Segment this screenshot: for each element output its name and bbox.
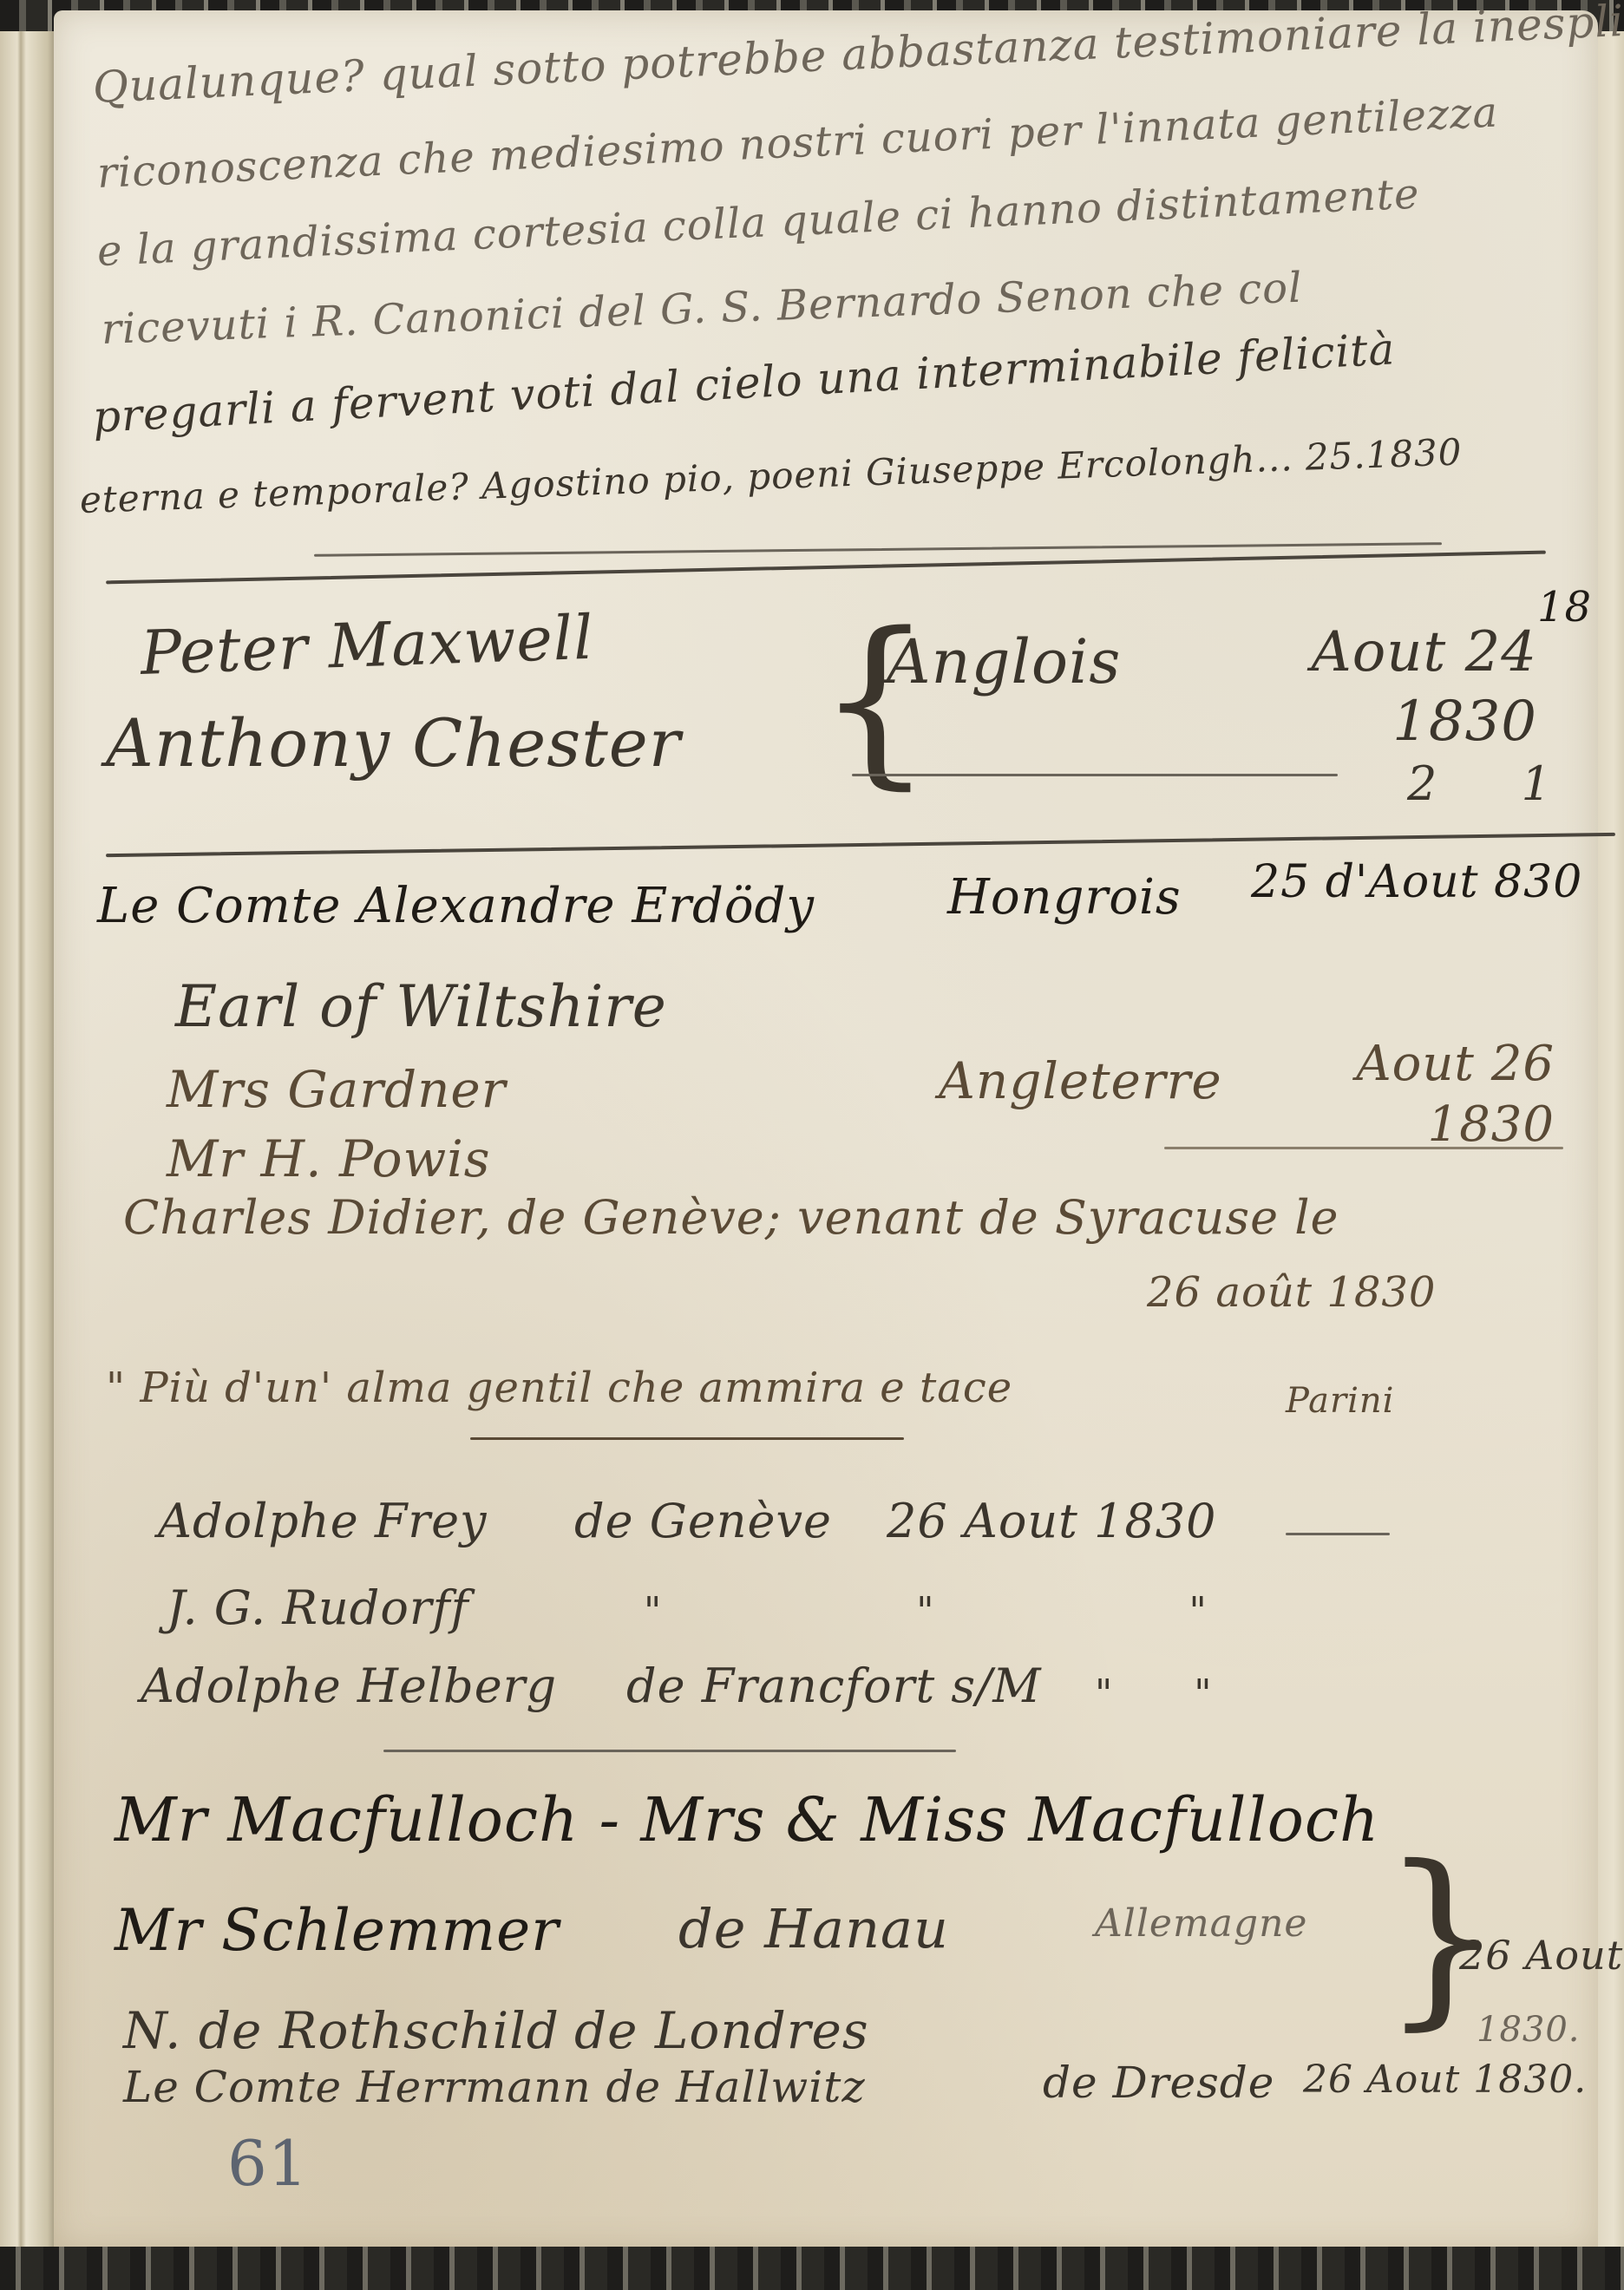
entry-date-hallwitz: 26 Aout 1830. [1303, 2058, 1587, 2102]
italian-line-6: eterna e temporale? Agostino pio, poeni … [79, 430, 1463, 521]
entry-date-aout-26: Aout 26 1830 [1294, 1034, 1555, 1155]
divider [106, 833, 1615, 857]
manuscript-page: Qualunque? qual sotto potrebbe abbastanz… [54, 10, 1598, 2253]
entry-name-erdody: Le Comte Alexandre Erdödy [97, 878, 815, 934]
entry-name-earl-wiltshire: Earl of Wiltshire [175, 973, 667, 1040]
quote-parini: " Più d'un' alma gentil che ammira e tac… [106, 1364, 1012, 1412]
entry-ditto: " " [1095, 1672, 1246, 1716]
entry-origin-hanau: de Hanau [678, 1897, 949, 1960]
page-number: 61 [227, 2127, 309, 2200]
entry-name-adolphe-helberg: Adolphe Helberg [141, 1659, 557, 1713]
entry-name-adolphe-frey: Adolphe Frey [158, 1494, 488, 1548]
entry-origin-geneve: de Genève [574, 1494, 832, 1548]
book-binding-bottom [0, 2247, 1624, 2290]
entry-date: Aout 24 1830 [1242, 618, 1537, 756]
entry-date-1830: 1830. [1477, 2010, 1581, 2050]
entry-ditto: " " " [644, 1589, 1328, 1633]
entry-origin-francfort: de Francfort s/M [626, 1659, 1042, 1713]
entry-name-charles-didier: Charles Didier, de Genève; venant de Syr… [123, 1190, 1339, 1245]
entry-name-hallwitz: Le Comte Herrmann de Hallwitz [123, 2062, 866, 2112]
entry-nationality: Anglois [887, 626, 1121, 697]
entry-date-26-aout-right: 26 Aout [1459, 1932, 1623, 1979]
entry-marks: 2 1 [1407, 756, 1586, 811]
entry-origin-londres: de Londres [574, 2001, 869, 2060]
entry-name-anthony-chester: Anthony Chester [106, 704, 681, 782]
entry-name-mr-powis: Mr H. Powis [167, 1129, 491, 1188]
flourish-divider-2 [314, 542, 1442, 557]
entry-date-26-aout-1830: 26 Aout 1830 [887, 1494, 1216, 1548]
entry-name-mrs-gardner: Mrs Gardner [167, 1060, 506, 1119]
underline [852, 774, 1338, 776]
quote-attribution: Parini [1286, 1381, 1394, 1421]
divider [383, 1750, 956, 1752]
entry-name-rothschild: N. de Rothschild [123, 2001, 560, 2060]
entry-date-26-aout: 26 août 1830 [1147, 1268, 1436, 1317]
entry-country-allemagne: Allemagne [1095, 1901, 1307, 1946]
dash [1286, 1533, 1390, 1535]
divider [470, 1437, 904, 1440]
entry-origin-dresde: de Dresde [1043, 2058, 1274, 2108]
entry-nationality-hongrois: Hongrois [947, 869, 1182, 926]
divider [1164, 1147, 1563, 1149]
margin-note-right: 18 [1537, 583, 1592, 631]
entry-name-peter-maxwell: Peter Maxwell [140, 602, 595, 689]
entry-name-schlemmer: Mr Schlemmer [115, 1897, 560, 1964]
entry-date-25-aout: 25 d'Aout 830 [1251, 856, 1582, 908]
entry-nationality-angleterre: Angleterre [939, 1051, 1222, 1110]
entry-name-rudorff: J. G. Rudorff [167, 1580, 469, 1635]
entry-name-macfulloch: Mr Macfulloch - Mrs & Miss Macfulloch [115, 1784, 1379, 1855]
